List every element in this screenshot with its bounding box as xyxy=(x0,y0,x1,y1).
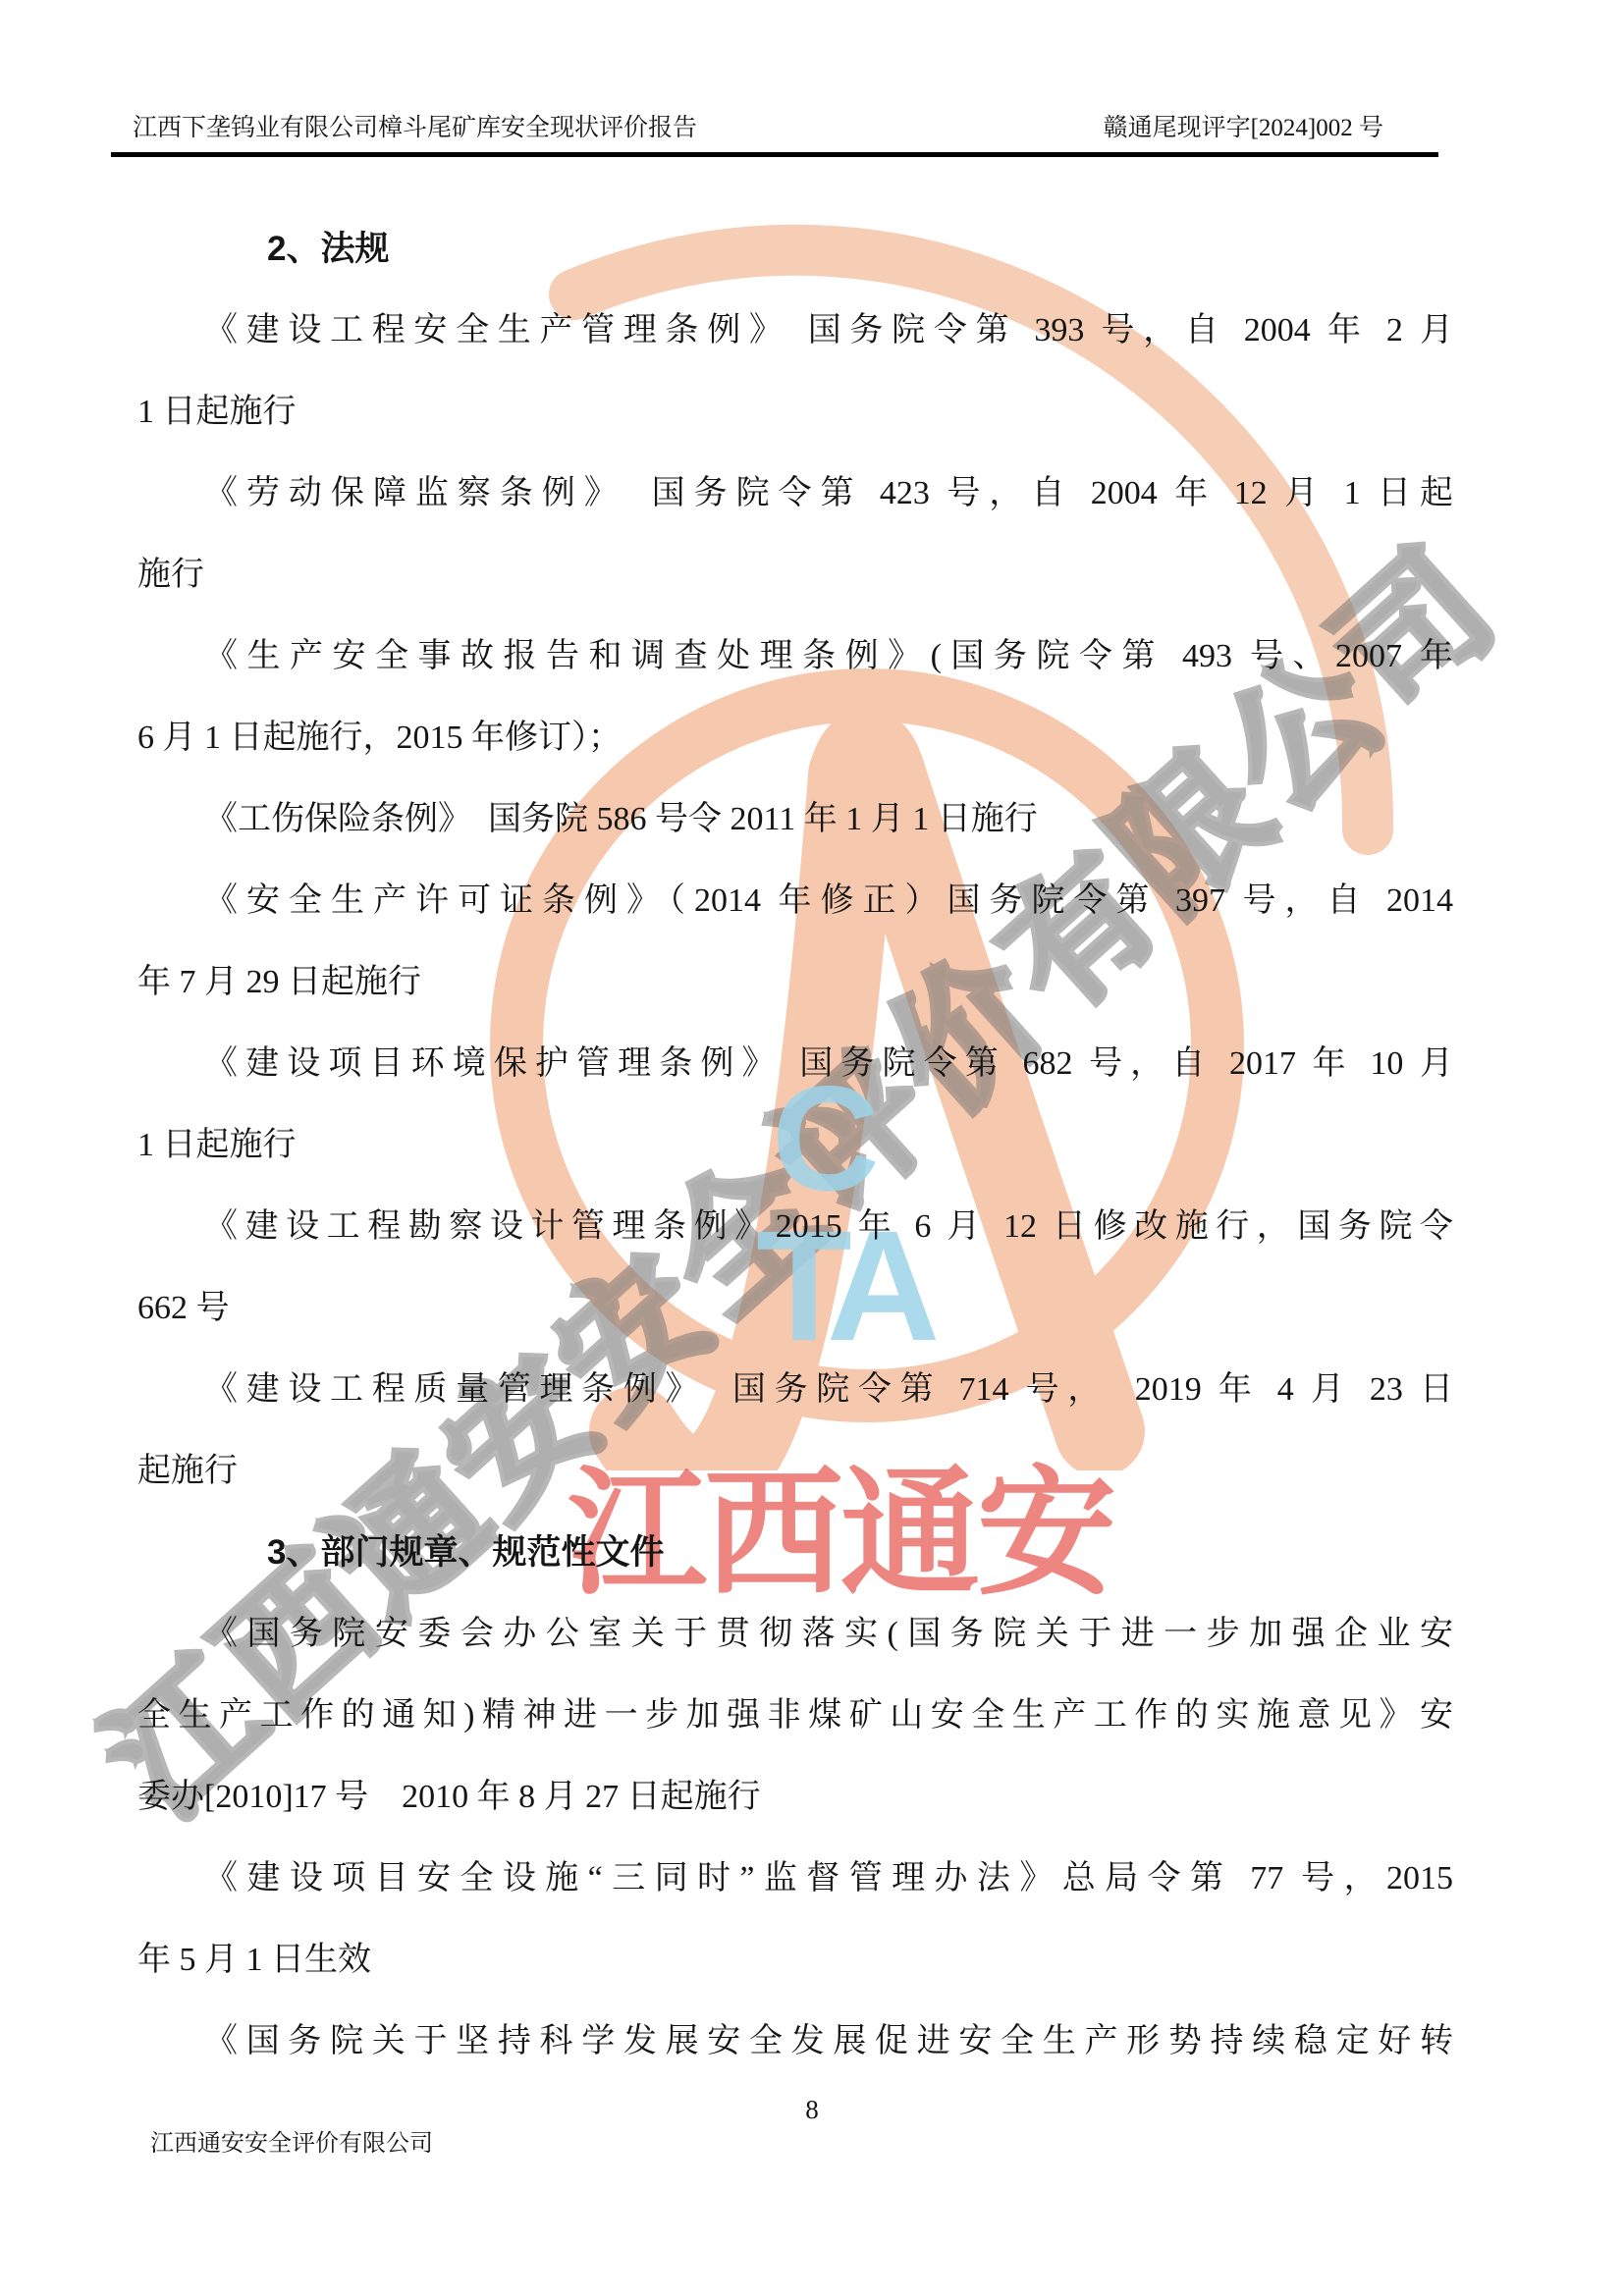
doc-line: 1 日起施行 xyxy=(137,371,1453,453)
doc-line: 《生产安全事故报告和调查处理条例》(国务院令第 493 号、2007 年 xyxy=(137,615,1453,697)
section-heading-regulations: 3、部门规章、规范性文件 xyxy=(137,1512,1453,1593)
doc-line: 《建设项目安全设施“三同时”监督管理办法》总局令第 77 号，2015 xyxy=(137,1838,1453,1919)
report-page: 江西通安安全评价有限公司 C TA 江西通安 江西下垄钨业有限公司樟斗尾矿库安全… xyxy=(0,0,1624,2296)
doc-line: 662 号 xyxy=(137,1267,1453,1349)
doc-line: 《劳动保障监察条例》 国务院令第 423 号，自 2004 年 12 月 1 日… xyxy=(137,453,1453,534)
header-report-title: 江西下垄钨业有限公司樟斗尾矿库安全现状评价报告 xyxy=(111,108,697,143)
doc-line: 起施行 xyxy=(137,1430,1453,1512)
doc-line: 《建设工程质量管理条例》 国务院令第 714 号， 2019 年 4 月 23 … xyxy=(137,1349,1453,1430)
doc-line: 《安全生产许可证条例》（2014 年修正）国务院令第 397 号，自 2014 xyxy=(137,860,1453,941)
footer-company-name: 江西通安安全评价有限公司 xyxy=(150,2123,433,2158)
doc-line: 《国务院安委会办公室关于贯彻落实(国务院关于进一步加强企业安 xyxy=(137,1593,1453,1675)
doc-line: 《建设工程安全生产管理条例》 国务院令第 393 号，自 2004 年 2 月 xyxy=(137,290,1453,371)
doc-line: 《建设工程勘察设计管理条例》2015 年 6 月 12 日修改施行，国务院令 xyxy=(137,1186,1453,1267)
doc-line: 全生产工作的通知)精神进一步加强非煤矿山安全生产工作的实施意见》安 xyxy=(137,1675,1453,1756)
doc-line: 年 5 月 1 日生效 xyxy=(137,1919,1453,2001)
doc-line: 年 7 月 29 日起施行 xyxy=(137,941,1453,1023)
doc-line: 《工伤保险条例》 国务院 586 号令 2011 年 1 月 1 日施行 xyxy=(137,778,1453,860)
doc-line: 《国务院关于坚持科学发展安全发展促进安全生产形势持续稳定好转 xyxy=(137,2001,1453,2082)
doc-line: 6 月 1 日起施行，2015 年修订）； xyxy=(137,697,1453,778)
page-header: 江西下垄钨业有限公司樟斗尾矿库安全现状评价报告 赣通尾现评字[2024]002 … xyxy=(111,108,1438,157)
doc-line: 施行 xyxy=(137,534,1453,615)
document-body: 2、法规 《建设工程安全生产管理条例》 国务院令第 393 号，自 2004 年… xyxy=(137,208,1453,2082)
section-heading-laws: 2、法规 xyxy=(137,208,1453,290)
doc-line: 委办[2010]17 号 2010 年 8 月 27 日起施行 xyxy=(137,1756,1453,1838)
doc-line: 1 日起施行 xyxy=(137,1104,1453,1186)
doc-line: 《建设项目环境保护管理条例》 国务院令第 682 号，自 2017 年 10 月 xyxy=(137,1023,1453,1104)
header-doc-number: 赣通尾现评字[2024]002 号 xyxy=(1104,108,1438,143)
page-number: 8 xyxy=(0,2095,1624,2125)
